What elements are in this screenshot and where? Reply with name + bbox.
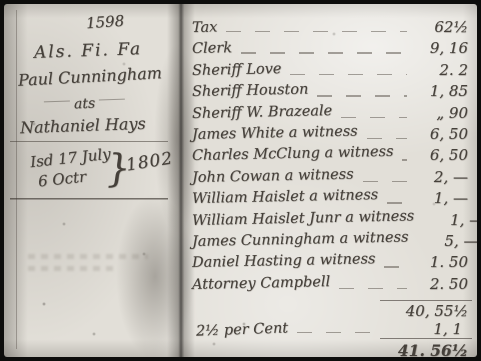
fee-amount: 1, — (430, 211, 477, 229)
fee-amount: 6, 50 (414, 146, 472, 164)
fee-amount: 9, 16 (414, 39, 472, 57)
paper-spread: 1598 Als. Fi. Fa Paul Cunningham ats Nat… (4, 4, 477, 357)
fee-amount: 62½ (414, 18, 472, 36)
fee-row: Sheriff W. Brazeale „ 90 (192, 104, 472, 125)
subtotal-row: 40, 55½ (380, 300, 472, 320)
commission-row: 2½ per Cent 1, 1 (192, 320, 472, 339)
ledger-photo: 1598 Als. Fi. Fa Paul Cunningham ats Nat… (0, 0, 481, 361)
fee-row: Clerk 9, 16 (192, 39, 472, 60)
fee-label: William Haislet Junr a witness (192, 208, 414, 229)
bleedthrough-mark (28, 266, 118, 271)
fee-amount: 2. 2 (414, 61, 472, 79)
fee-row: Sheriff Houston 1, 85 (192, 82, 472, 103)
page-left: 1598 Als. Fi. Fa Paul Cunningham ats Nat… (8, 8, 168, 353)
date-issued-line2: 6 Octr (37, 168, 87, 191)
fee-label: Sheriff W. Brazeale (192, 103, 333, 122)
fee-row: Sheriff Love 2. 2 (192, 61, 472, 82)
fee-amount: 1. 50 (414, 253, 472, 271)
leader-dashes (297, 332, 373, 334)
fee-label: John Cowan a witness (192, 166, 354, 185)
fee-amount: 2, — (414, 168, 472, 186)
fee-label: Tax (192, 19, 218, 36)
commission-label: 2½ per Cent (196, 320, 289, 339)
fee-list: Tax 62½ Clerk 9, 16 Sheriff Love 2. 2 Sh… (192, 18, 472, 296)
fee-amount: 2. 50 (414, 275, 472, 293)
leader-dashes (402, 159, 407, 161)
leader-dashes (363, 181, 407, 183)
leader-dashes (290, 74, 407, 76)
fee-label: James White a witness (192, 123, 358, 142)
fee-row: William Haislet a witness 1, — (192, 189, 472, 210)
fee-label: Sheriff Love (192, 61, 282, 79)
fee-row: James Cunningham a witness 5, — (192, 232, 472, 253)
fee-row: Charles McClung a witness 6, 50 (192, 146, 472, 167)
rule-line-upper (10, 141, 168, 142)
defendant-name: Nathaniel Hays (20, 114, 146, 137)
leader-dashes (384, 266, 407, 268)
leader-dashes (241, 52, 407, 54)
fee-label: Clerk (192, 41, 232, 58)
bleedthrough-mark (28, 254, 148, 259)
writ-title: Als. Fi. Fa (34, 39, 143, 63)
subtotal-amount: 40, 55½ (380, 300, 472, 320)
fee-label: Daniel Hasting a witness (192, 251, 376, 271)
fee-row: Daniel Hasting a witness 1. 50 (192, 253, 472, 274)
leader-dashes (341, 117, 407, 119)
fee-row: Attorney Campbell 2. 50 (192, 275, 472, 296)
fee-row: William Haislet Junr a witness 1, — (192, 211, 472, 232)
commission-amount: 1, 1 (380, 320, 472, 339)
fee-label: Sheriff Houston (192, 82, 309, 100)
date-issued-line1: Isd 17 July (29, 145, 111, 171)
plaintiff-name: Paul Cunningham (18, 63, 163, 90)
fee-amount: 5, — (424, 232, 477, 250)
case-number: 1598 (85, 12, 124, 33)
fee-amount: 1, — (414, 189, 472, 207)
total-row: 41. 56½ (380, 340, 472, 357)
year-label: 1802 (125, 148, 175, 175)
fee-amount: 6, 50 (414, 125, 472, 143)
leader-dashes (339, 288, 407, 290)
leader-dashes (387, 202, 407, 204)
fee-label: James Cunningham a witness (192, 229, 409, 250)
fee-row: James White a witness 6, 50 (192, 125, 472, 146)
gutter-fold (167, 4, 195, 357)
fee-amount: „ 90 (414, 104, 472, 122)
rule-line-lower (10, 198, 168, 200)
fee-label: Attorney Campbell (192, 274, 330, 293)
fee-label: Charles McClung a witness (192, 144, 394, 164)
fee-row: Tax 62½ (192, 18, 472, 39)
ats-label: ats (74, 96, 96, 113)
fee-label: William Haislet a witness (192, 187, 378, 207)
fee-amount: 1, 85 (414, 82, 472, 100)
leader-dashes (226, 31, 407, 33)
leader-dashes (367, 138, 407, 140)
leader-dashes (317, 95, 407, 97)
total-amount: 41. 56½ (380, 340, 472, 357)
page-right: Tax 62½ Clerk 9, 16 Sheriff Love 2. 2 Sh… (192, 12, 472, 353)
fee-row: John Cowan a witness 2, — (192, 168, 472, 189)
